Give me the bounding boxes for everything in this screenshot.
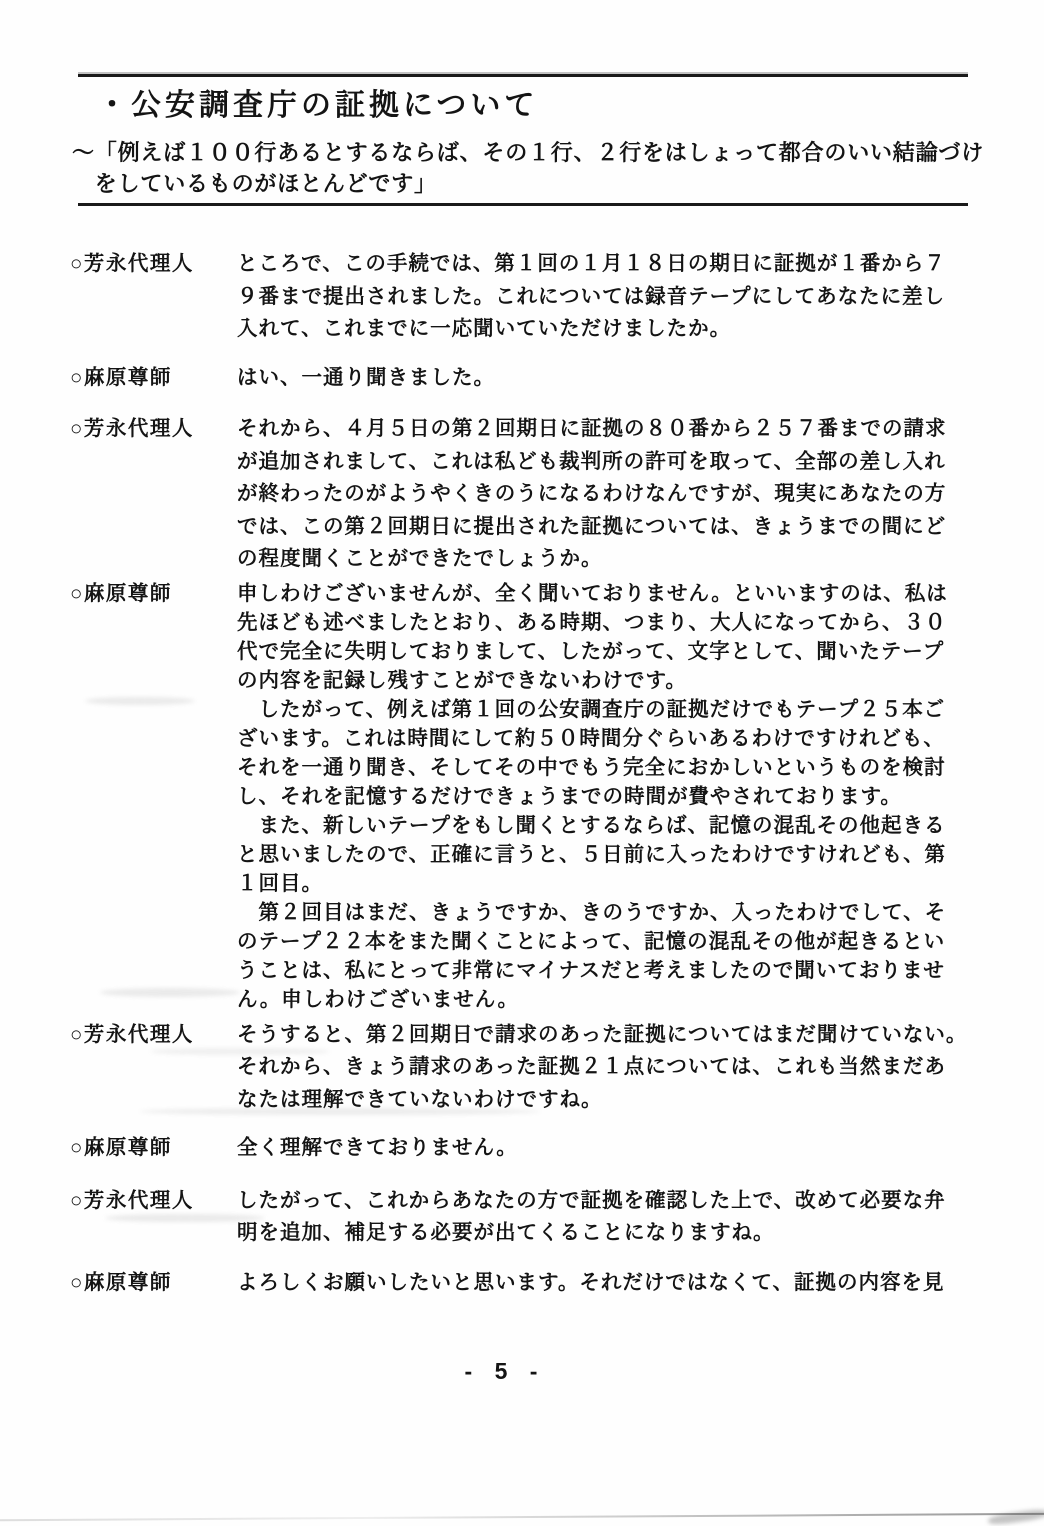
speaker-label: ○麻原尊師 <box>70 579 237 608</box>
scan-artifact <box>85 697 195 705</box>
scan-artifact <box>105 1214 265 1222</box>
speech-text: それから、４月５日の第２回期日に証拠の８０番から２５７番までの請求 が追加されま… <box>237 413 978 576</box>
scan-artifact <box>100 988 240 997</box>
speech-text: ところで、この手続では、第１回の１月１８日の期日に証拠が１番から７ ９番まで提出… <box>237 248 978 346</box>
dialogue-block: ○麻原尊師 はい、一通り聞きました。 <box>70 362 978 395</box>
scan-corner-shadow <box>988 1508 1044 1526</box>
section-subtitle-quote: ～「例えば１００行あるとするならば、その１行、２行をはしょって都合のいい結論づけ… <box>72 137 987 199</box>
speaker-label: ○芳永代理人 <box>70 413 237 446</box>
page-number: - 5 - <box>0 1358 1010 1385</box>
dialogue-block: ○麻原尊師 全く理解できておりません。 <box>70 1132 978 1165</box>
dialogue-block: ○麻原尊師 よろしくお願いしたいと思います。それだけではなくて、証拠の内容を見 <box>70 1267 978 1300</box>
dialogue-transcript: ○芳永代理人 ところで、この手続では、第１回の１月１８日の期日に証拠が１番から７… <box>70 248 978 1315</box>
dialogue-block: ○麻原尊師 申しわけございませんが、全く聞いておりません。といいますのは、私は … <box>70 579 978 1014</box>
dialogue-block: ○芳永代理人 ところで、この手続では、第１回の１月１８日の期日に証拠が１番から７… <box>70 248 978 346</box>
speaker-label: ○芳永代理人 <box>70 1185 237 1218</box>
speech-text: 全く理解できておりません。 <box>237 1132 978 1165</box>
speech-text: したがって、これからあなたの方で証拠を確認した上で、改めて必要な弁 明を追加、補… <box>237 1185 978 1250</box>
speaker-label: ○麻原尊師 <box>70 1132 237 1165</box>
speaker-label: ○麻原尊師 <box>70 362 237 395</box>
dialogue-block: ○芳永代理人 それから、４月５日の第２回期日に証拠の８０番から２５７番までの請求… <box>70 413 978 576</box>
dialogue-block: ○芳永代理人 そうすると、第２回期日で請求のあった証拠についてはまだ聞けていない… <box>70 1019 978 1117</box>
header-rule-top <box>78 74 968 77</box>
scanned-document-page: ・公安調査庁の証拠について ～「例えば１００行あるとするならば、その１行、２行を… <box>0 0 1044 1526</box>
speaker-label: ○麻原尊師 <box>70 1267 237 1300</box>
speech-text: よろしくお願いしたいと思います。それだけではなくて、証拠の内容を見 <box>237 1267 978 1300</box>
scan-edge-line <box>0 1513 1044 1522</box>
header-rule-bottom <box>78 203 968 206</box>
speech-text: 申しわけございませんが、全く聞いておりません。といいますのは、私は 先ほども述べ… <box>237 579 978 1014</box>
speaker-label: ○芳永代理人 <box>70 1019 237 1052</box>
section-title: ・公安調査庁の証拠について <box>97 86 538 126</box>
scan-artifact <box>150 1048 330 1055</box>
scan-artifact <box>140 1108 540 1115</box>
speech-text: そうすると、第２回期日で請求のあった証拠についてはまだ聞けていない。 それから、… <box>237 1019 978 1117</box>
speech-text: はい、一通り聞きました。 <box>237 362 978 395</box>
speaker-label: ○芳永代理人 <box>70 248 237 281</box>
